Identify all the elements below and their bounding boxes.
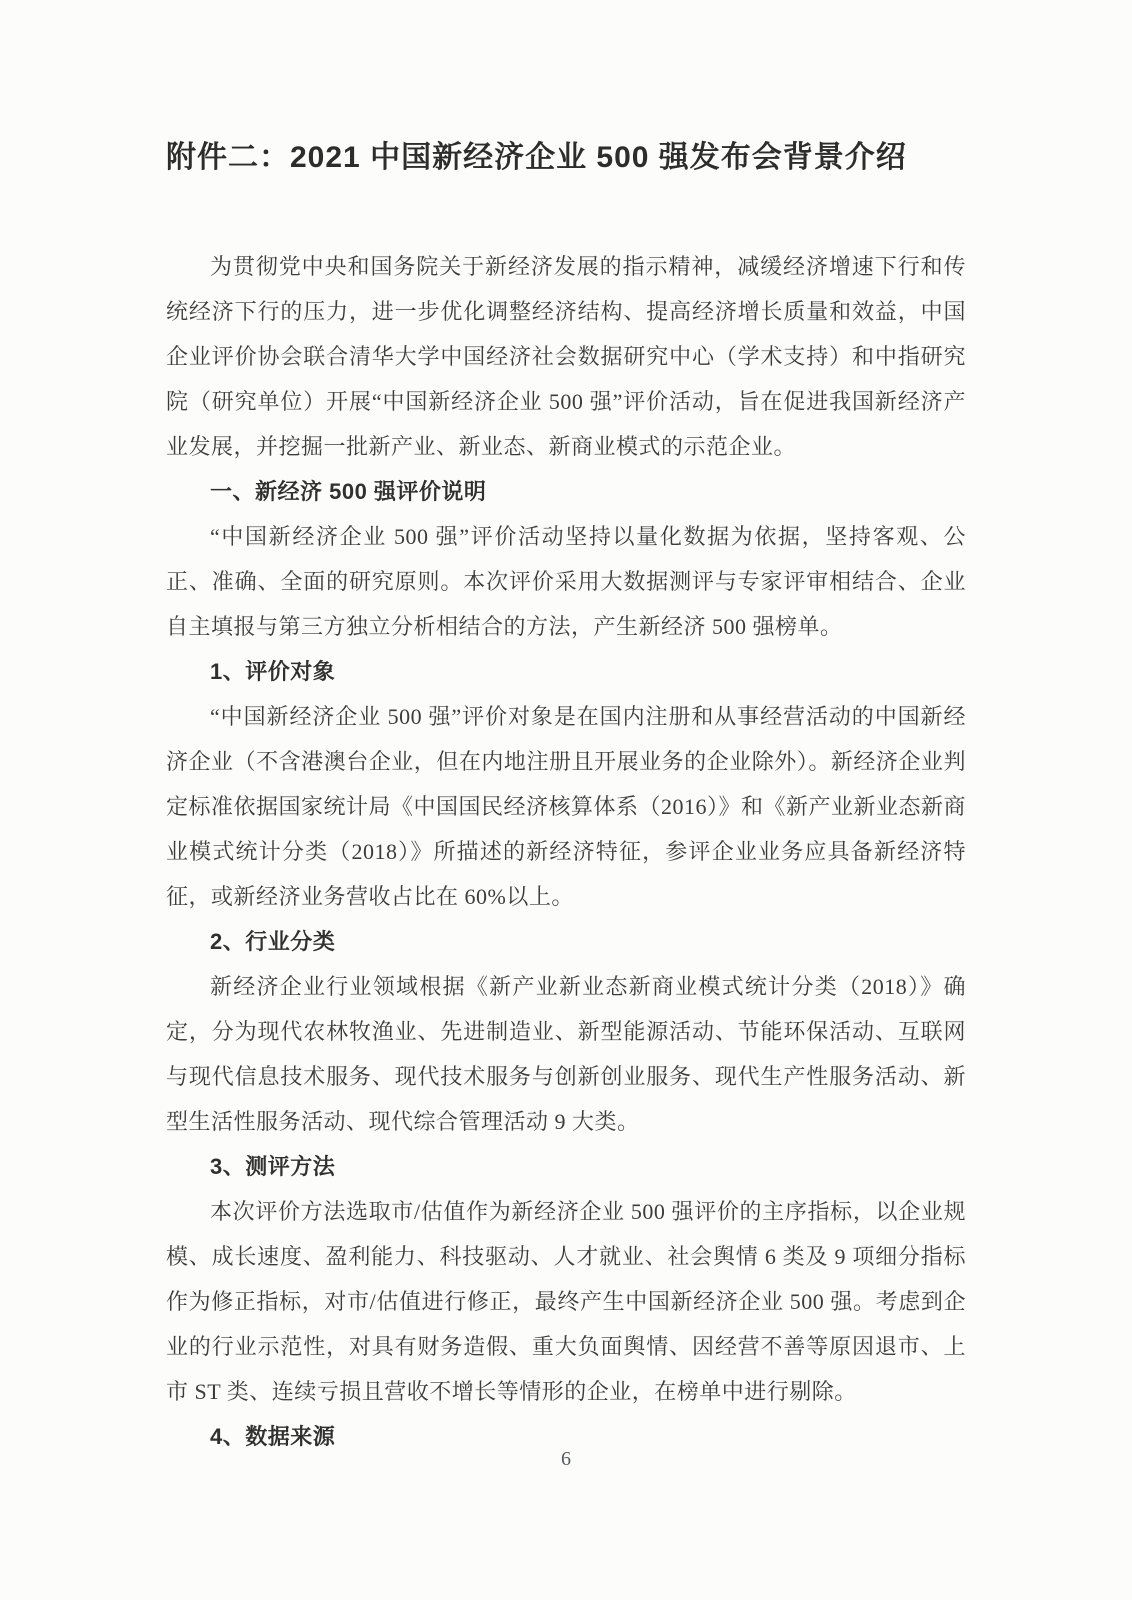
paragraph-evaluation-notes: “中国新经济企业 500 强”评价活动坚持以量化数据为依据，坚持客观、公正、准确… xyxy=(166,514,966,649)
section-heading-industry-classification: 2、行业分类 xyxy=(166,919,966,964)
document-content: 附件二：2021 中国新经济企业 500 强发布会背景介绍 为贯彻党中央和国务院… xyxy=(166,138,966,1459)
section-heading-evaluation-targets: 1、评价对象 xyxy=(166,649,966,694)
section-heading-evaluation-method: 3、测评方法 xyxy=(166,1144,966,1189)
section-heading-evaluation-notes: 一、新经济 500 强评价说明 xyxy=(166,469,966,514)
paragraph-intro: 为贯彻党中央和国务院关于新经济发展的指示精神，减缓经济增速下行和传统经济下行的压… xyxy=(166,244,966,469)
document-page: 附件二：2021 中国新经济企业 500 强发布会背景介绍 为贯彻党中央和国务院… xyxy=(0,0,1132,1600)
page-title: 附件二：2021 中国新经济企业 500 强发布会背景介绍 xyxy=(166,138,966,178)
paragraph-evaluation-targets: “中国新经济企业 500 强”评价对象是在国内注册和从事经营活动的中国新经济企业… xyxy=(166,694,966,919)
page-number: 6 xyxy=(166,1448,966,1471)
paragraph-industry-classification: 新经济企业行业领域根据《新产业新业态新商业模式统计分类（2018）》确定，分为现… xyxy=(166,964,966,1144)
paragraph-evaluation-method: 本次评价方法选取市/估值作为新经济企业 500 强评价的主序指标，以企业规模、成… xyxy=(166,1189,966,1414)
